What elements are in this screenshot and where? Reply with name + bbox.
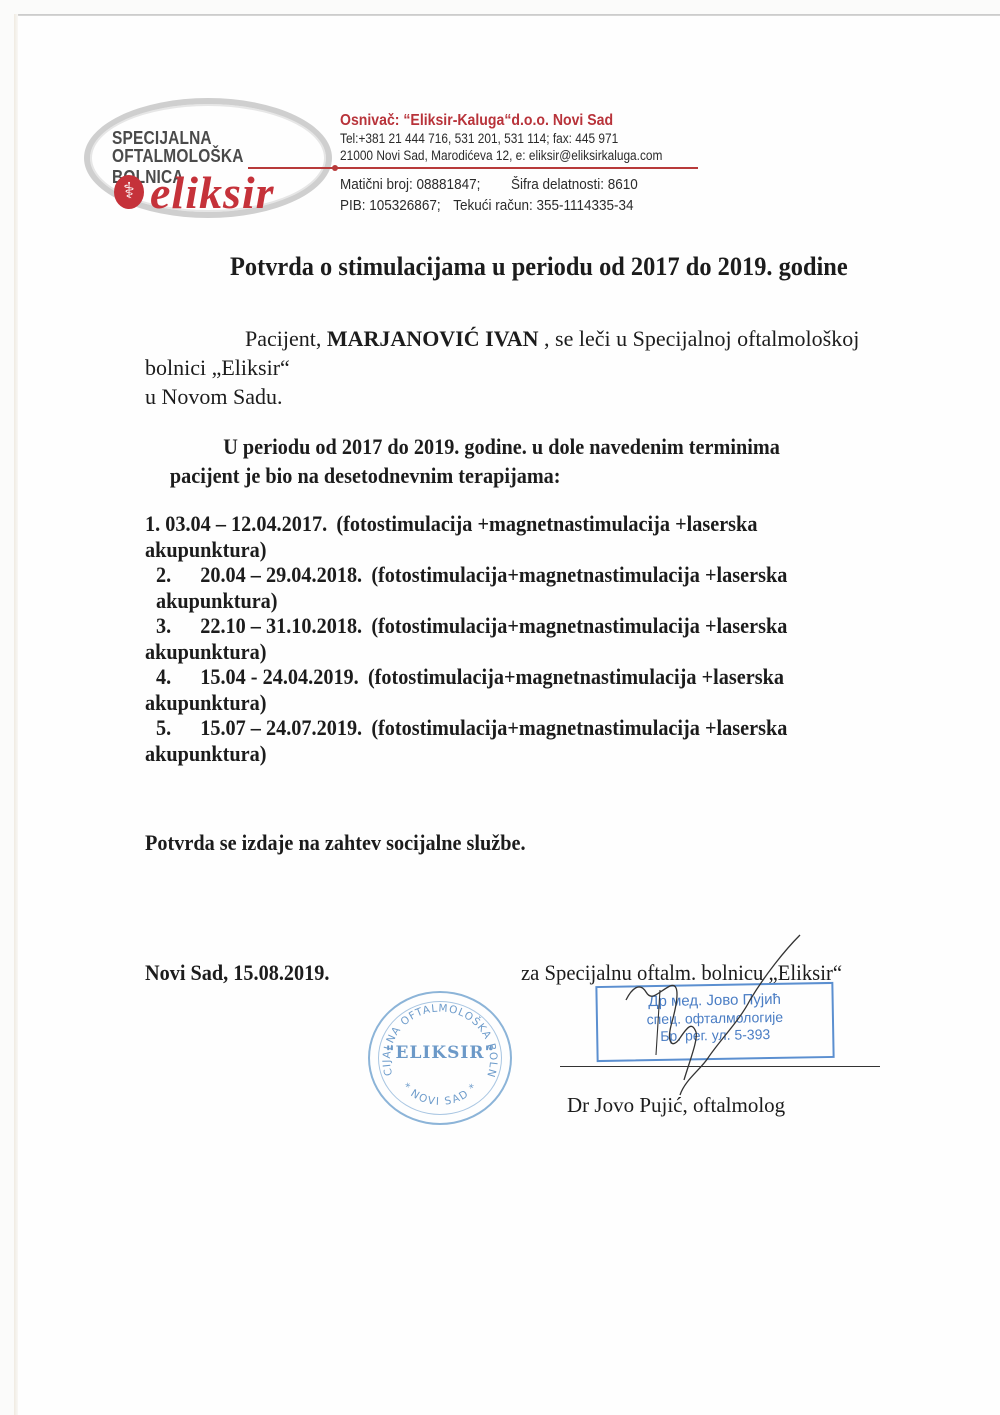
therapy-number: 1. — [145, 511, 165, 537]
therapy-number: 5. — [156, 715, 200, 741]
period-statement: U periodu od 2017 do 2019. godine. u dol… — [145, 432, 780, 490]
therapy-dates: 03.04 – 12.04.2017. — [165, 511, 327, 537]
therapy-dates: 15.07 – 24.07.2019. — [200, 715, 362, 741]
activity-code: Šifra delatnosti: 8610 — [511, 176, 638, 193]
therapy-treatment: (fotostimulacija+magnetnastimulacija +la… — [371, 715, 787, 740]
therapy-treatment-cont: akupunktura) — [145, 741, 787, 767]
intro-line-2: bolnici „Eliksir“ — [145, 353, 859, 382]
therapy-treatment: (fotostimulacija+magnetnastimulacija +la… — [371, 613, 787, 638]
therapy-number: 4. — [156, 664, 200, 690]
svg-text:* NOVI SAD *: * NOVI SAD * — [400, 1081, 480, 1108]
caduceus-icon: ⚕ — [114, 175, 144, 209]
stamp-ring-text: SPECIJALNA OFTALMOLOŠKA BOLNICA * NOVI S… — [370, 993, 510, 1123]
registration-number: Matični broj: 08881847; — [340, 176, 480, 193]
hospital-round-stamp: SPECIJALNA OFTALMOLOŠKA BOLNICA * NOVI S… — [368, 991, 512, 1125]
therapy-number: 3. — [156, 613, 200, 639]
header-dot — [332, 165, 338, 171]
therapy-item: 5.15.07 – 24.07.2019.(fotostimulacija+ma… — [145, 715, 787, 766]
therapy-number: 2. — [156, 562, 200, 588]
document-title: Potvrda o stimulacijama u periodu od 201… — [230, 251, 848, 282]
therapy-item: 1.03.04 – 12.04.2017.(fotostimulacija +m… — [145, 511, 787, 562]
intro-paragraph: Pacijent, MARJANOVIĆ IVAN , se leči u Sp… — [145, 324, 859, 411]
therapy-item: 4.15.04 - 24.04.2019.(fotostimulacija+ma… — [145, 664, 787, 715]
company-founder: Osnivač: “Eliksir-Kaluga“d.o.o. Novi Sad — [340, 112, 662, 131]
therapy-list: 1.03.04 – 12.04.2017.(fotostimulacija +m… — [145, 511, 843, 766]
place-date: Novi Sad, 15.08.2019. — [145, 960, 329, 986]
therapy-item: 3.22.10 – 31.10.2018.(fotostimulacija+ma… — [145, 613, 787, 664]
therapy-treatment-cont: akupunktura) — [145, 639, 787, 665]
closing-statement: Potvrda se izdaje na zahtev socijalne sl… — [145, 830, 526, 856]
header-rule — [248, 167, 698, 169]
bank-account: Tekući račun: 355-1114335-34 — [453, 197, 633, 214]
therapy-treatment-cont: akupunktura) — [145, 588, 787, 614]
therapy-dates: 15.04 - 24.04.2019. — [200, 664, 359, 690]
doctor-stamp: Др мед. Јово Пујић спец. офталмологије Б… — [595, 982, 834, 1062]
intro-suffix: , se leči u Specijalnoj oftalmološkoj — [539, 326, 860, 351]
doctor-stamp-line-3: Бр. рег. ул. 5-393 — [598, 1025, 832, 1045]
therapy-treatment: (fotostimulacija+magnetnastimulacija +la… — [371, 562, 787, 587]
company-address: 21000 Novi Sad, Marodićeva 12, e: eliksi… — [340, 148, 662, 165]
signature-line — [560, 1066, 880, 1067]
tax-id: PIB: 105326867; — [340, 197, 441, 214]
svg-text:SPECIJALNA OFTALMOLOŠKA BOLNIC: SPECIJALNA OFTALMOLOŠKA BOLNICA — [370, 993, 499, 1079]
therapy-dates: 20.04 – 29.04.2018. — [200, 562, 362, 588]
company-phone: Tel:+381 21 444 716, 531 201, 531 114; f… — [340, 131, 662, 148]
intro-line-3: u Novom Sadu. — [145, 382, 859, 411]
hospital-logo: SPECIJALNA OFTALMOLOŠKA BOLNICA ⚕ eliksi… — [84, 98, 340, 222]
intro-prefix: Pacijent, — [245, 326, 327, 351]
logo-brand: eliksir — [150, 166, 275, 219]
therapy-treatment-cont: akupunktura) — [145, 537, 787, 563]
period-line-2: pacijent je bio na desetodnevnim terapij… — [145, 461, 780, 490]
signatory-name: Dr Jovo Pujić, oftalmolog — [567, 1093, 785, 1118]
stamp-center-text: "ELIKSIR" — [370, 1043, 510, 1063]
company-info: Osnivač: “Eliksir-Kaluga“d.o.o. Novi Sad… — [340, 112, 706, 165]
patient-name: MARJANOVIĆ IVAN — [327, 326, 539, 351]
therapy-item: 2.20.04 – 29.04.2018.(fotostimulacija+ma… — [145, 562, 787, 613]
company-registration: Matični broj: 08881847;Šifra delatnosti:… — [340, 176, 671, 218]
therapy-dates: 22.10 – 31.10.2018. — [200, 613, 362, 639]
period-line-1: U periodu od 2017 do 2019. godine. u dol… — [223, 434, 780, 459]
therapy-treatment-cont: akupunktura) — [145, 690, 787, 716]
therapy-treatment: (fotostimulacija+magnetnastimulacija +la… — [368, 664, 784, 689]
therapy-treatment: (fotostimulacija +magnetnastimulacija +l… — [336, 511, 757, 536]
